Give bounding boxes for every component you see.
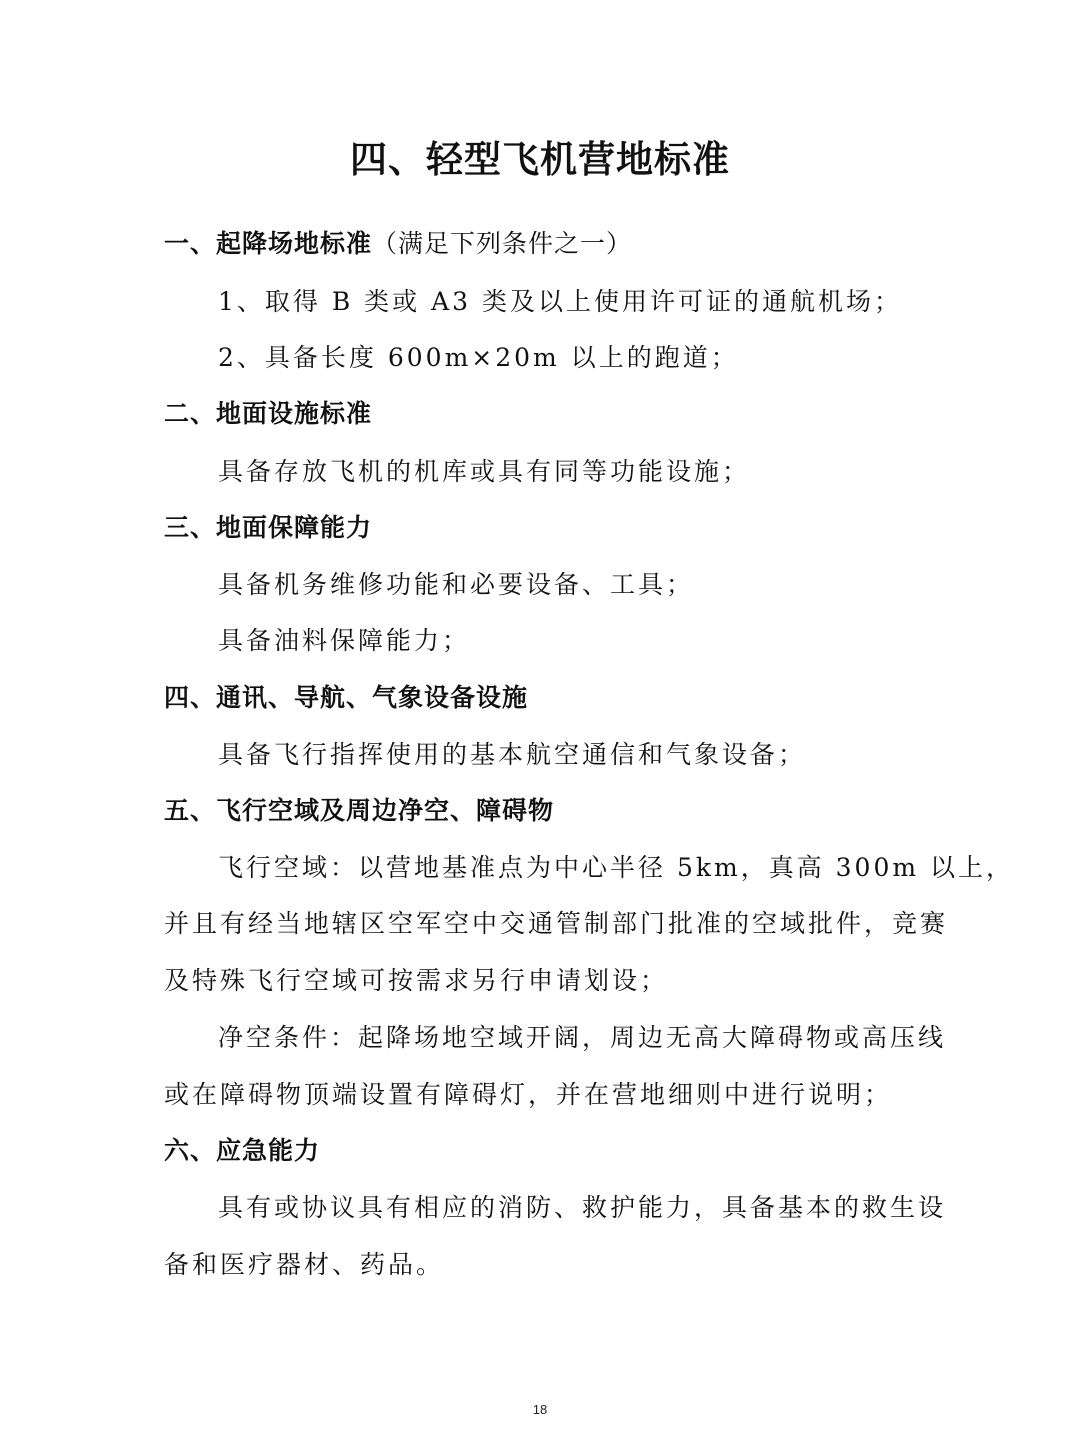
document-page: 四、轻型飞机营地标准 一、起降场地标准（满足下列条件之一） 1、取得 B 类或 … <box>0 0 1080 1455</box>
section-heading-1: 一、起降场地标准（满足下列条件之一） <box>164 226 632 262</box>
section-heading-3: 三、地面保障能力 <box>164 510 372 546</box>
page-title: 四、轻型飞机营地标准 <box>0 136 1080 184</box>
section-3-line-1: 具备机务维修功能和必要设备、工具； <box>218 567 694 603</box>
section-5-line-1: 飞行空域：以营地基准点为中心半径 5km，真高 300m 以上， <box>218 850 1014 886</box>
section-5-line-5: 或在障碍物顶端设置有障碍灯，并在营地细则中进行说明； <box>164 1077 892 1113</box>
section-heading-5: 五、飞行空域及周边净空、障碍物 <box>164 793 554 829</box>
section-heading-6: 六、应急能力 <box>164 1133 320 1169</box>
section-heading-note: （满足下列条件之一） <box>372 229 632 258</box>
section-heading-text: 一、起降场地标准 <box>164 229 372 258</box>
section-3-line-2: 具备油料保障能力； <box>218 623 470 659</box>
section-6-line-2: 备和医疗器材、药品。 <box>164 1247 444 1283</box>
section-2-line-1: 具备存放飞机的机库或具有同等功能设施； <box>218 454 750 490</box>
section-heading-2: 二、地面设施标准 <box>164 396 372 432</box>
section-5-line-2: 并且有经当地辖区空军空中交通管制部门批准的空域批件，竞赛 <box>164 906 948 942</box>
section-1-line-1: 1、取得 B 类或 A3 类及以上使用许可证的通航机场； <box>218 284 902 320</box>
section-5-line-4: 净空条件：起降场地空域开阔，周边无高大障碍物或高压线 <box>218 1020 946 1056</box>
section-heading-4: 四、通讯、导航、气象设备设施 <box>164 680 528 716</box>
section-4-line-1: 具备飞行指挥使用的基本航空通信和气象设备； <box>218 737 806 773</box>
section-1-line-2: 2、具备长度 600m×20m 以上的跑道； <box>218 340 739 376</box>
section-6-line-1: 具有或协议具有相应的消防、救护能力，具备基本的救生设 <box>218 1190 946 1226</box>
section-5-line-3: 及特殊飞行空域可按需求另行申请划设； <box>164 963 668 999</box>
page-number: 18 <box>0 1402 1080 1417</box>
